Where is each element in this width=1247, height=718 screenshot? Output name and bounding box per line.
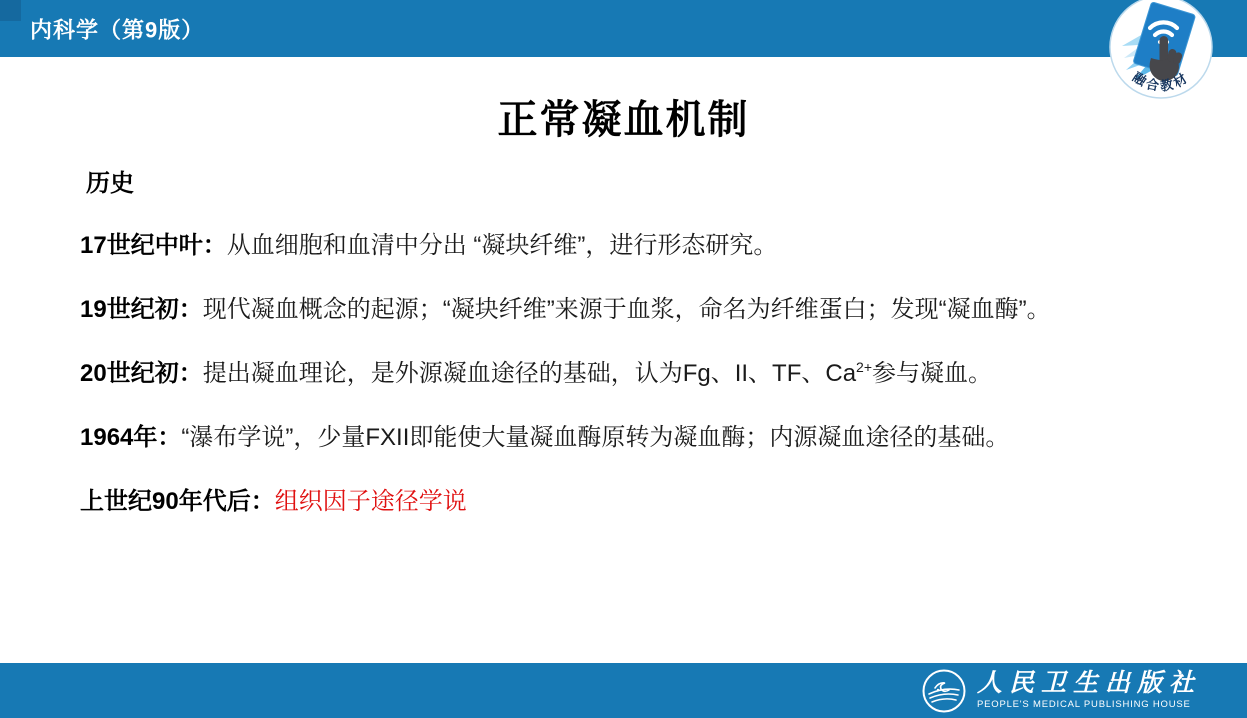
section-heading: 历史 bbox=[86, 163, 1182, 198]
era-text: 提出凝血理论，是外源凝血途径的基础，认为Fg、II、TF、Ca bbox=[203, 360, 856, 387]
publisher-name-cn: 人民卫生出版社 bbox=[977, 671, 1201, 697]
slide-body: 历史 17世纪中叶：从血细胞和血清中分出 “凝块纤维”，进行形态研究。 19世纪… bbox=[80, 163, 1182, 538]
publisher-name-en: PEOPLE'S MEDICAL PUBLISHING HOUSE bbox=[977, 699, 1191, 710]
history-item-1964: 1964年：“瀑布学说”，少量FXII即能使大量凝血酶原转为凝血酶；内源凝血途径… bbox=[80, 410, 1182, 465]
corner-accent-square bbox=[0, 0, 21, 21]
era-text: “瀑布学说”，少量FXII即能使大量凝血酶原转为凝血酶；内源凝血途径的基础。 bbox=[181, 424, 1009, 451]
era-text: 参与凝血。 bbox=[872, 360, 992, 387]
top-bar: 内科学（第9版） bbox=[0, 0, 1247, 57]
book-title: 内科学（第9版） bbox=[30, 13, 204, 44]
era-label: 17世纪中叶： bbox=[80, 232, 227, 259]
era-text: 现代凝血概念的起源；“凝块纤维”来源于血浆，命名为纤维蛋白；发现“凝血酶”。 bbox=[203, 296, 1051, 323]
era-label: 上世纪90年代后： bbox=[80, 488, 275, 515]
publisher-names: 人民卫生出版社 PEOPLE'S MEDICAL PUBLISHING HOUS… bbox=[977, 671, 1201, 709]
history-item-1990s: 上世纪90年代后：组织因子途径学说 bbox=[80, 474, 1182, 529]
era-label: 20世纪初： bbox=[80, 360, 203, 387]
era-label: 1964年： bbox=[80, 424, 181, 451]
history-item-17th-century: 17世纪中叶：从血细胞和血清中分出 “凝块纤维”，进行形态研究。 bbox=[80, 218, 1182, 273]
fusion-textbook-icon: 融合教材 bbox=[1108, 0, 1214, 100]
history-item-20th-century: 20世纪初：提出凝血理论，是外源凝血途径的基础，认为Fg、II、TF、Ca2+参… bbox=[80, 346, 1182, 401]
fusion-textbook-badge: 融合教材 bbox=[1108, 0, 1214, 100]
slide-title: 正常凝血机制 bbox=[0, 88, 1247, 145]
era-text: 从血细胞和血清中分出 “凝块纤维”，进行形态研究。 bbox=[227, 232, 778, 259]
era-text-highlight: 组织因子途径学说 bbox=[275, 488, 467, 515]
history-item-19th-century: 19世纪初：现代凝血概念的起源；“凝块纤维”来源于血浆，命名为纤维蛋白；发现“凝… bbox=[80, 282, 1182, 337]
bottom-bar: 人民卫生出版社 PEOPLE'S MEDICAL PUBLISHING HOUS… bbox=[0, 663, 1247, 718]
superscript-2plus: 2+ bbox=[856, 359, 872, 375]
publisher-emblem-icon bbox=[921, 668, 967, 714]
slide: 内科学（第9版） bbox=[0, 0, 1247, 718]
era-label: 19世纪初： bbox=[80, 296, 203, 323]
publisher-logo: 人民卫生出版社 PEOPLE'S MEDICAL PUBLISHING HOUS… bbox=[921, 668, 1201, 714]
